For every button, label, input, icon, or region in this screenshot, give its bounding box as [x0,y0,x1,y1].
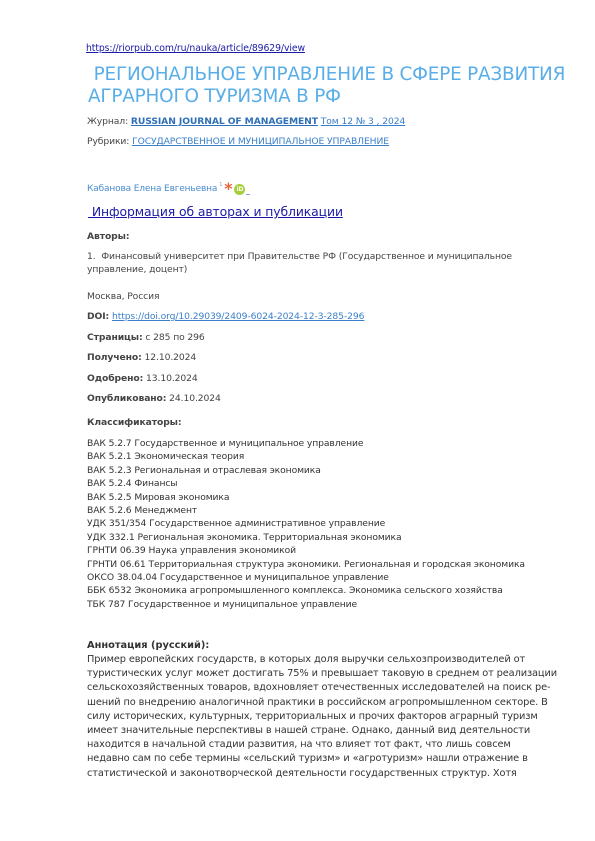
affiliation-line: 1. Финансовый университет при Правительс… [87,250,512,263]
published-value: 24.10.2024 [169,393,221,404]
abstract-line: находится в начальной стадии развития, н… [87,738,557,752]
abstract-line: имеет значительные перспективы в нашей с… [87,724,557,738]
journal-issue-link[interactable]: Том 12 № 3 , 2024 [321,116,405,127]
abstract-line: Пример европейских государств, в которых… [87,653,557,667]
received-label: Получено: [87,352,142,363]
title-line: РЕГИОНАЛЬНОЕ УПРАВЛЕНИЕ В СФЕРЕ РАЗВИТИЯ [88,64,548,86]
classifier-item: ГРНТИ 06.61 Территориальная структура эк… [87,558,525,571]
classifier-item: УДК 332.1 Региональная экономика. Террит… [87,531,525,544]
approved-label: Одобрено: [87,373,143,384]
journal-label: Журнал: [87,116,128,127]
published-label: Опубликовано: [87,393,166,404]
classifier-item: УДК 351/354 Государственное администрати… [87,517,525,530]
title-line: АГРАРНОГО ТУРИЗМА В РФ [88,86,548,108]
received-row: Получено: 12.10.2024 [87,351,196,364]
source-url-link[interactable]: https://riorpub.com/ru/nauka/article/896… [86,43,305,54]
classifier-item: ВАК 5.2.3 Региональная и отраслевая экон… [87,464,525,477]
doi-label: DOI: [87,311,109,322]
rubrics-row: Рубрики: ГОСУДАРСТВЕННОЕ И МУНИЦИПАЛЬНОЕ… [87,136,389,147]
rubrics-label: Рубрики: [87,136,129,147]
corresponding-author-icon: * [224,184,232,194]
abstract-label: Аннотация (русский): [87,640,209,651]
orcid-icon[interactable]: iD [234,184,245,195]
classifier-item: ВАК 5.2.7 Государственное и муниципально… [87,437,525,450]
pages-row: Страницы: с 285 по 296 [87,331,205,344]
abstract-line: сельскохозяйственных товаров, вдохновляе… [87,681,557,695]
pages-value: с 285 по 296 [145,332,204,343]
abstract-line: шений по внедрению аналогичной практики … [87,696,557,710]
approved-row: Одобрено: 13.10.2024 [87,372,198,385]
received-value: 12.10.2024 [145,352,197,363]
affiliation-line: управление, доцент) [87,263,512,276]
author-row: Кабанова Елена Евгеньевна1*iD [87,181,250,195]
journal-name-link[interactable]: RUSSIAN JOURNAL OF MANAGEMENT [131,116,318,127]
article-title: РЕГИОНАЛЬНОЕ УПРАВЛЕНИЕ В СФЕРЕ РАЗВИТИЯ… [88,64,548,108]
published-row: Опубликовано: 24.10.2024 [87,392,221,405]
classifier-item: ТБК 787 Государственное и муниципальное … [87,598,525,611]
abstract-line: силу исторических, культурных, территори… [87,710,557,724]
rubric-link[interactable]: ГОСУДАРСТВЕННОЕ И МУНИЦИПАЛЬНОЕ УПРАВЛЕН… [132,136,389,147]
classifier-item: ГРНТИ 06.39 Наука управления экономикой [87,544,525,557]
location: Москва, Россия [87,290,159,303]
authors-label: Авторы: [87,230,129,243]
abstract-line: недавно сам по себе термины «сельский ту… [87,752,557,766]
classifier-item: ВАК 5.2.6 Менеджмент [87,504,525,517]
approved-value: 13.10.2024 [146,373,198,384]
authors-info-link[interactable]: Информация об авторах и публикации [88,204,343,219]
abstract-text: Пример европейских государств, в которых… [87,653,557,781]
pages-label: Страницы: [87,332,143,343]
abstract-line: статистической и законотворческой деятел… [87,767,557,781]
affiliation: 1. Финансовый университет при Правительс… [87,250,512,277]
abstract-line: туристических услуг может достигать 75% … [87,667,557,681]
classifier-item: ВАК 5.2.4 Финансы [87,477,525,490]
classifiers-list: ВАК 5.2.7 Государственное и муниципально… [87,437,525,611]
doi-row: DOI: https://doi.org/10.29039/2409-6024-… [87,310,364,323]
affiliation-ref: 1 [219,182,222,188]
classifier-item: ВАК 5.2.5 Мировая экономика [87,491,525,504]
link-underline [246,192,250,195]
classifier-item: ВАК 5.2.1 Экономическая теория [87,450,525,463]
author-name-link[interactable]: Кабанова Елена Евгеньевна [87,184,217,194]
doi-link[interactable]: https://doi.org/10.29039/2409-6024-2024-… [112,311,364,322]
classifiers-label: Классификаторы: [87,416,181,429]
classifier-item: ББК 6532 Экономика агропромышленного ком… [87,584,525,597]
journal-row: Журнал: RUSSIAN JOURNAL OF MANAGEMENT То… [87,116,405,127]
classifier-item: ОКСО 38.04.04 Государственное и муниципа… [87,571,525,584]
